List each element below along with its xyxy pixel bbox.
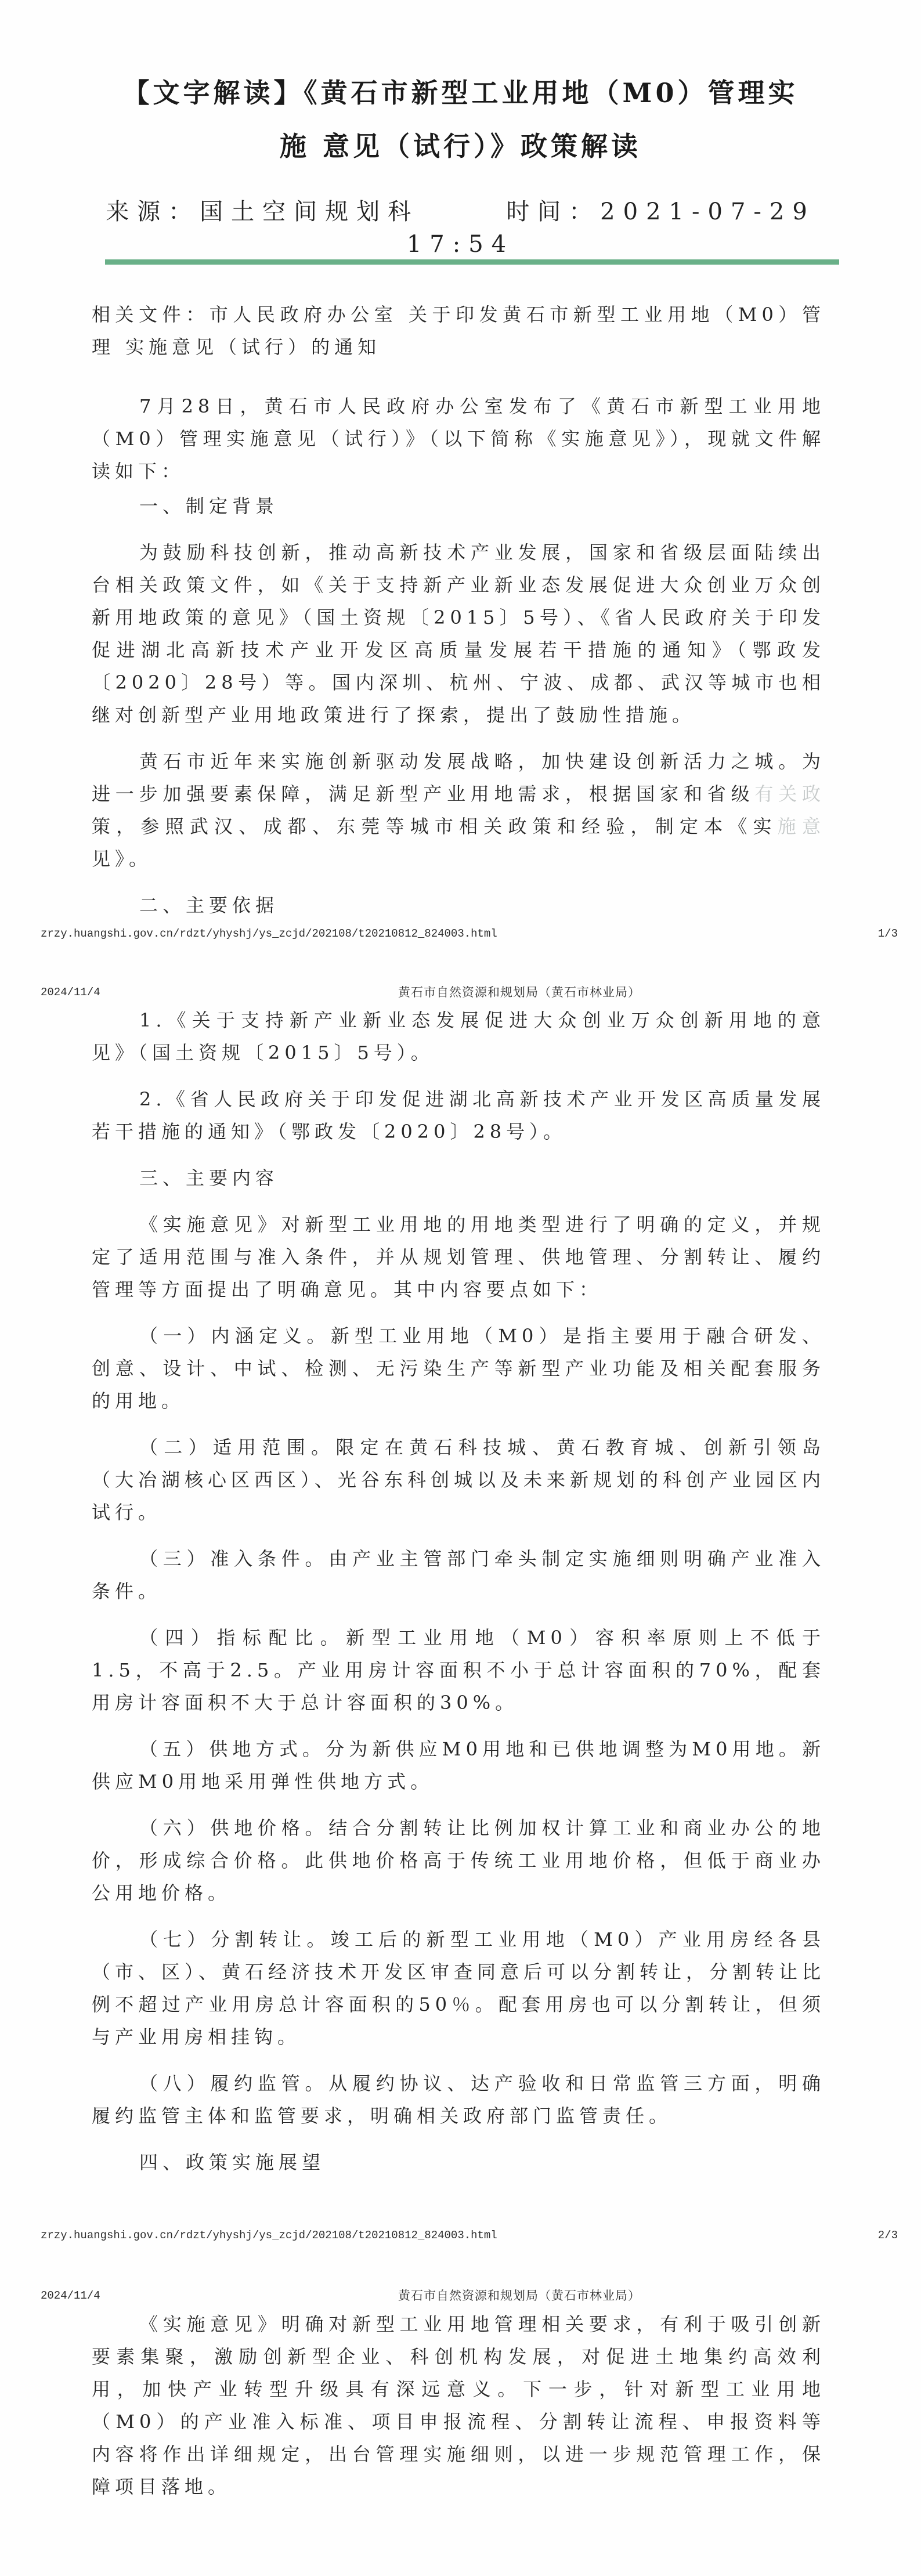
- section-heading-3: 三、主要内容: [92, 1162, 825, 1194]
- reference-item-2: 2.《省人民政府关于印发促进湖北高新技术产业开发区高质量发展若干措施的通知》（鄂…: [92, 1083, 825, 1148]
- content-point-7: （七）分割转让。竣工后的新型工业用地（M0）产业用房经各县（市、区）、黄石经济技…: [92, 1923, 825, 2053]
- accent-divider: [105, 259, 839, 265]
- print-header-page-2: 2024/11/4 黄石市自然资源和规划局（黄石市林业局）: [0, 984, 921, 1000]
- bg2-segment-5: 见》。: [92, 848, 152, 870]
- header-site-title: 黄石市自然资源和规划局（黄石市林业局）: [398, 984, 641, 1000]
- article-meta: 来源：国土空间规划科时间：2021-07-29 17:54: [52, 196, 869, 261]
- content-point-6: （六）供地价格。结合分割转让比例加权计算工业和商业办公的地价，形成综合价格。此供…: [92, 1812, 825, 1909]
- page-title: 【文字解读】《黄石市新型工业用地（M0）管理实 施 意见（试行）》政策解读: [52, 66, 869, 173]
- page-title-line-1: 【文字解读】《黄石市新型工业用地（M0）管理实: [52, 66, 869, 120]
- meta-source: 来源：国土空间规划科: [106, 198, 419, 225]
- paragraph-intro: 7月28日，黄石市人民政府办公室发布了《黄石市新型工业用地（M0）管理实施意见（…: [92, 390, 825, 487]
- reference-item-1: 1.《关于支持新产业新业态发展促进大众创业万众创新用地的意见》（国土资规〔201…: [92, 1004, 825, 1069]
- content-point-1: （一）内涵定义。新型工业用地（M0）是指主要用于融合研发、创意、设计、中试、检测…: [92, 1320, 825, 1417]
- content-point-5: （五）供地方式。分为新供应M0用地和已供地调整为M0用地。新供应M0用地采用弹性…: [92, 1733, 825, 1798]
- bg2-segment-1: 黄石市近年来实施创新驱动发展战略，加快建设创新活力之城。为进一步加强要素保障，满…: [92, 750, 825, 805]
- page-2-body: 1.《关于支持新产业新业态发展促进大众创业万众创新用地的意见》（国土资规〔201…: [92, 1004, 825, 2192]
- header-site-title: 黄石市自然资源和规划局（黄石市林业局）: [398, 2288, 641, 2304]
- section-heading-1: 一、制定背景: [92, 490, 825, 522]
- section-heading-2: 二、主要依据: [92, 889, 825, 922]
- bg2-segment-2-faded: 有关政: [754, 783, 825, 805]
- article-meta-line-1: 来源：国土空间规划科时间：2021-07-29: [52, 196, 869, 228]
- meta-time: 时间：2021-07-29: [506, 198, 815, 225]
- content-point-2: （二）适用范围。限定在黄石科技城、黄石教育城、创新引领岛（大冶湖核心区西区）、光…: [92, 1431, 825, 1529]
- paragraph-content-intro: 《实施意见》对新型工业用地的用地类型进行了明确的定义，并规定了适用范围与准入条件…: [92, 1208, 825, 1306]
- section-heading-4: 四、政策实施展望: [92, 2146, 825, 2178]
- content-point-8: （八）履约监管。从履约协议、达产验收和日常监管三方面，明确履约监管主体和监管要求…: [92, 2067, 825, 2132]
- footer-url: zrzy.huangshi.gov.cn/rdzt/yhyshj/ys_zcjd…: [41, 2228, 497, 2243]
- header-date: 2024/11/4: [41, 2288, 100, 2304]
- related-files-line: 相关文件：市人民政府办公室 关于印发黄石市新型工业用地（M0）管理 实施意见（试…: [92, 298, 825, 363]
- page-3-body: 《实施意见》明确对新型工业用地管理相关要求，有利于吸引创新要素集聚，激励创新型企…: [92, 2308, 825, 2517]
- meta-time-wrap: 17:54: [52, 228, 869, 261]
- content-point-4: （四）指标配比。新型工业用地（M0）容积率原则上不低于1.5，不高于2.5。产业…: [92, 1621, 825, 1719]
- content-point-3: （三）准入条件。由产业主管部门牵头制定实施细则明确产业准入条件。: [92, 1542, 825, 1607]
- print-header-page-3: 2024/11/4 黄石市自然资源和规划局（黄石市林业局）: [0, 2288, 921, 2304]
- bg2-segment-4-faded: 施意: [778, 815, 825, 837]
- page-title-line-2: 施 意见（试行）》政策解读: [52, 120, 869, 173]
- print-footer-page-1: zrzy.huangshi.gov.cn/rdzt/yhyshj/ys_zcjd…: [0, 926, 921, 941]
- footer-url: zrzy.huangshi.gov.cn/rdzt/yhyshj/ys_zcjd…: [41, 926, 497, 941]
- footer-page-number: 2/3: [878, 2228, 898, 2243]
- page-1-body: 相关文件：市人民政府办公室 关于印发黄石市新型工业用地（M0）管理 实施意见（试…: [92, 298, 825, 935]
- footer-page-number: 1/3: [878, 926, 898, 941]
- paragraph-outlook: 《实施意见》明确对新型工业用地管理相关要求，有利于吸引创新要素集聚，激励创新型企…: [92, 2308, 825, 2503]
- paragraph-background-2: 黄石市近年来实施创新驱动发展战略，加快建设创新活力之城。为进一步加强要素保障，满…: [92, 745, 825, 875]
- paragraph-background-1: 为鼓励科技创新，推动高新技术产业发展，国家和省级层面陆续出台相关政策文件，如《关…: [92, 536, 825, 731]
- bg2-segment-3: 策，参照武汉、成都、东莞等城市相关政策和经验，制定本《实: [92, 815, 778, 837]
- document-page: 【文字解读】《黄石市新型工业用地（M0）管理实 施 意见（试行）》政策解读 来源…: [0, 0, 921, 2576]
- header-date: 2024/11/4: [41, 984, 100, 1000]
- print-footer-page-2: zrzy.huangshi.gov.cn/rdzt/yhyshj/ys_zcjd…: [0, 2228, 921, 2243]
